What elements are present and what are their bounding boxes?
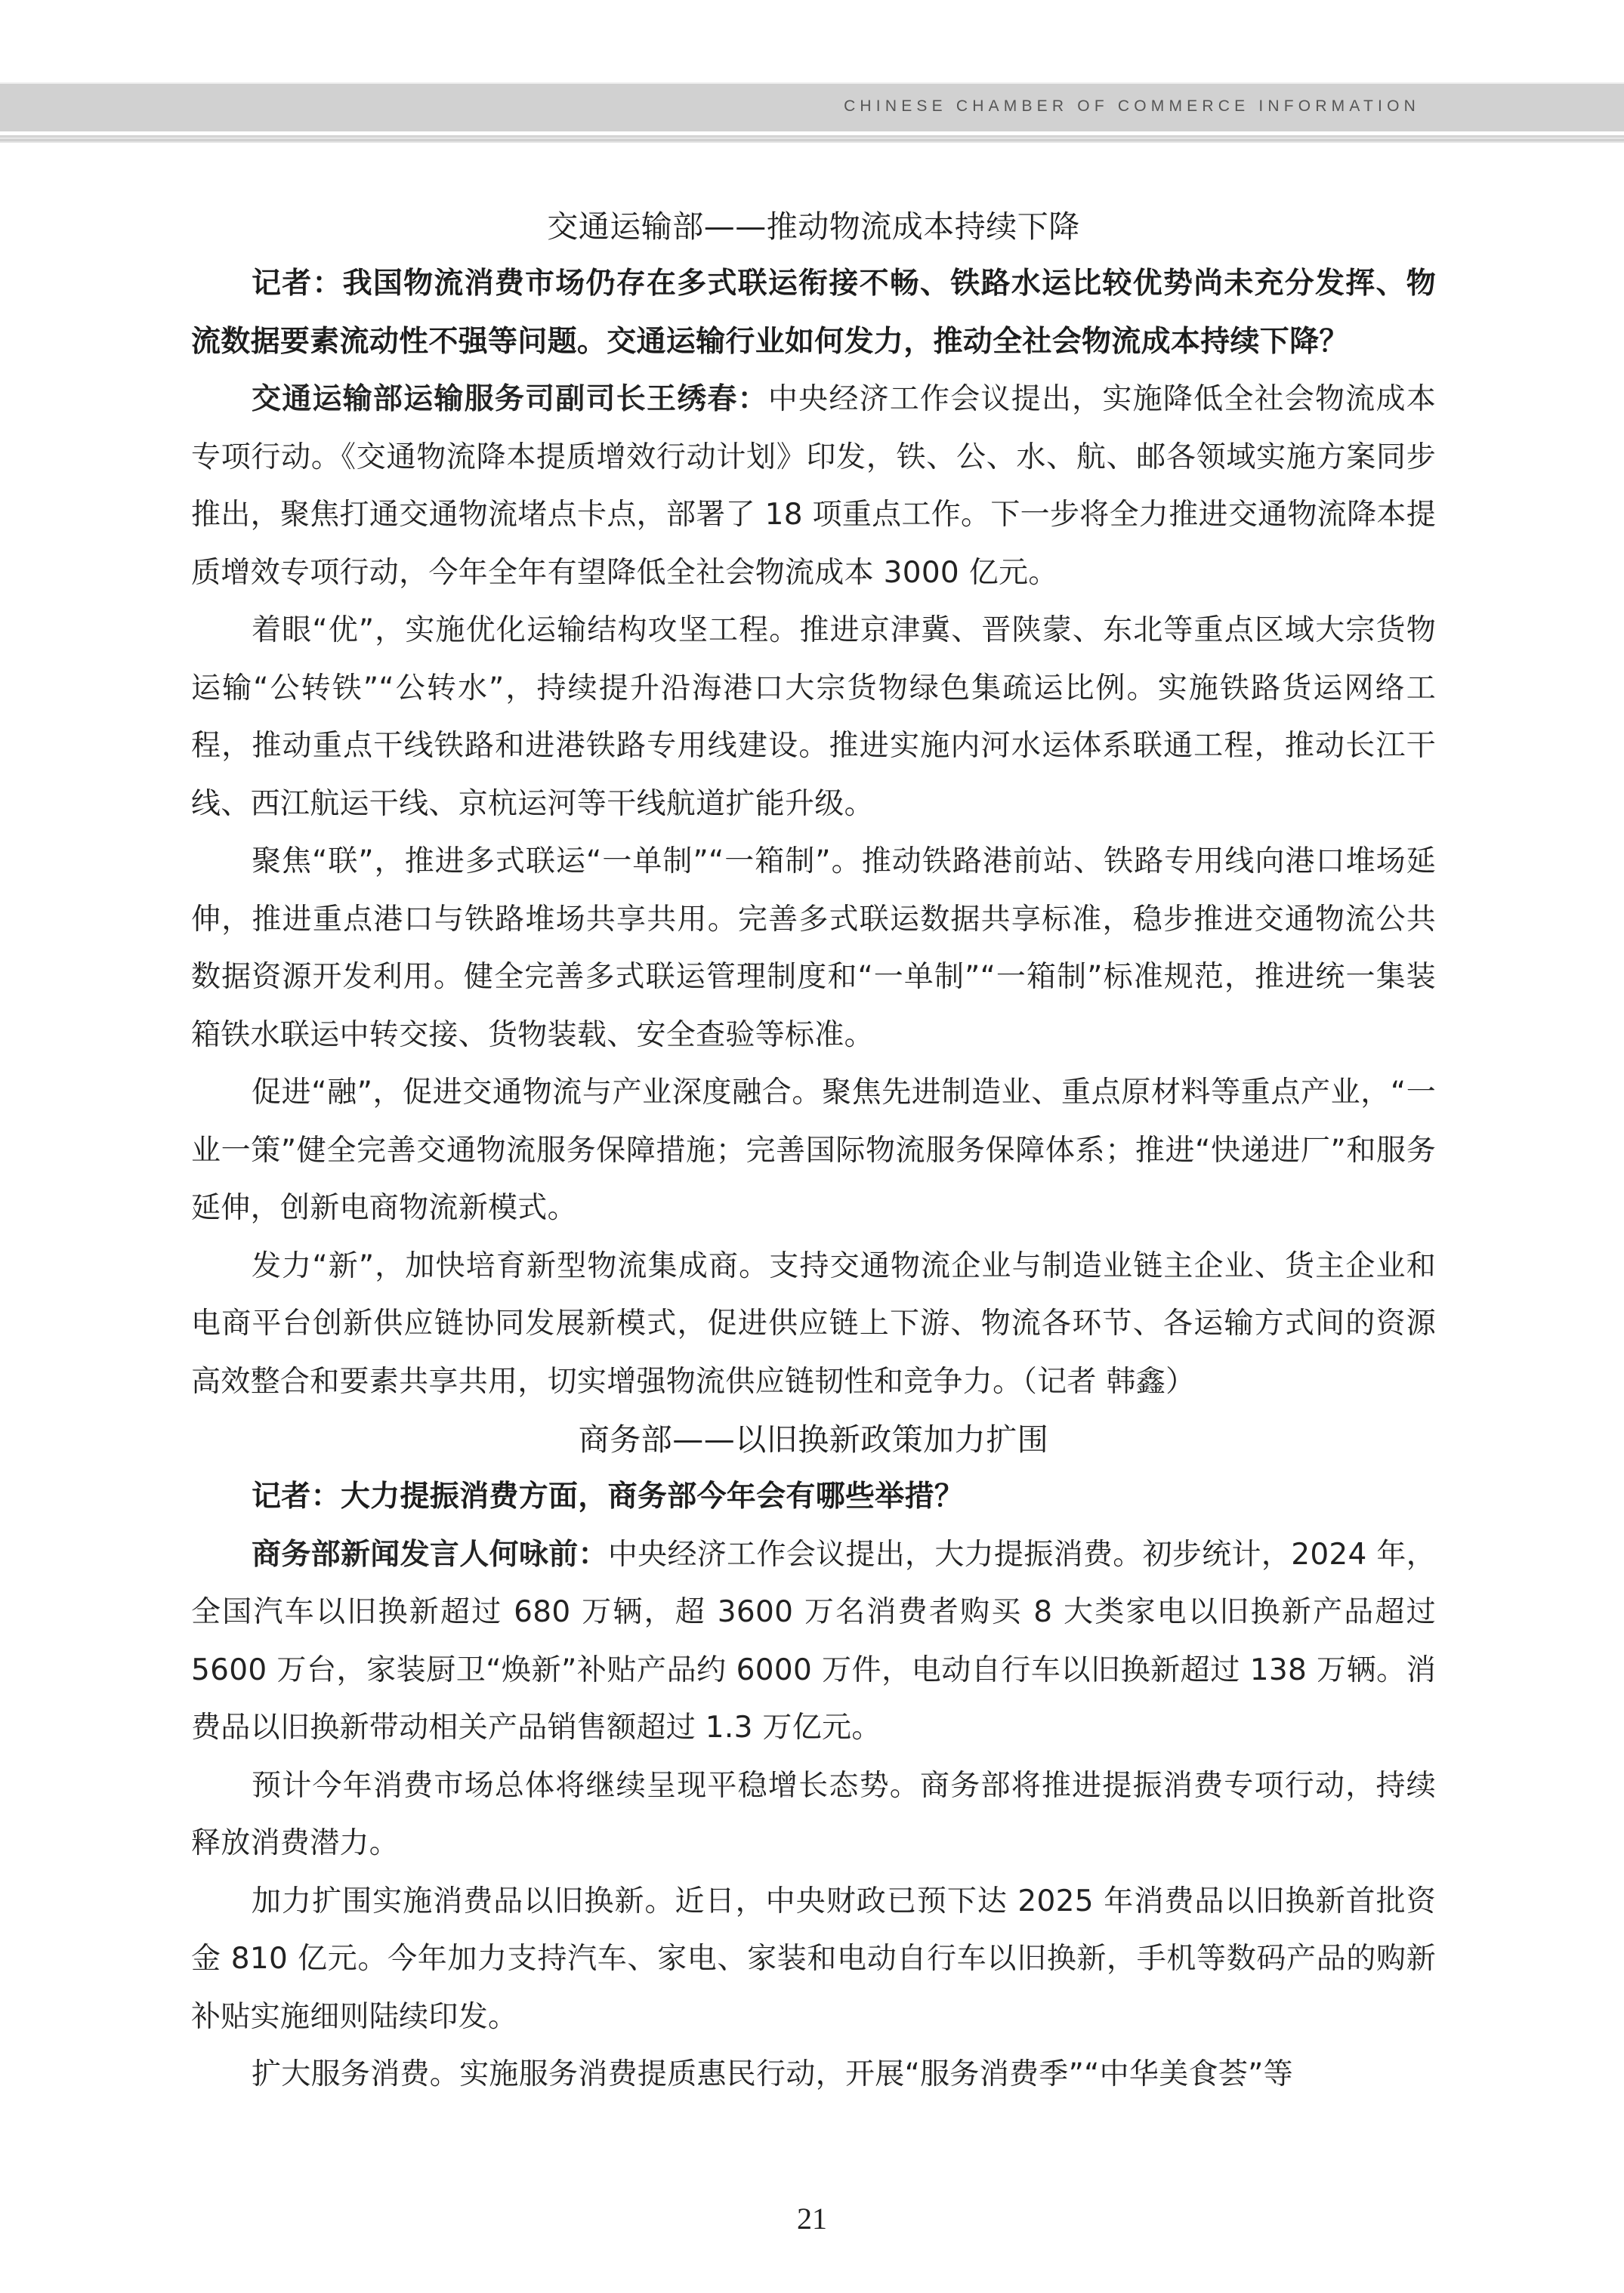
answer-paragraph: 交通运输部运输服务司副司长王绣春：中央经济工作会议提出，实施降低全社会物流成本专… [191, 371, 1436, 602]
body-paragraph: 预计今年消费市场总体将继续呈现平稳增长态势。商务部将推进提振消费专项行动，持续释… [191, 1758, 1436, 1873]
publication-name: CHINESE CHAMBER OF COMMERCE INFORMATION [844, 97, 1420, 116]
body-paragraph: 着眼“优”，实施优化运输结构攻坚工程。推进京津冀、晋陕蒙、东北等重点区域大宗货物… [191, 602, 1436, 833]
body-paragraph: 发力“新”，加快培育新型物流集成商。支持交通物流企业与制造业链主企业、货主企业和… [191, 1238, 1436, 1412]
article-body: 交通运输部——推动物流成本持续下降 记者：我国物流消费市场仍存在多式联运衔接不畅… [191, 198, 1436, 2104]
page-number: 21 [0, 2201, 1624, 2236]
body-paragraph: 扩大服务消费。实施服务消费提质惠民行动，开展“服务消费季”“中华美食荟”等 [191, 2046, 1436, 2104]
section-transport-ministry: 交通运输部——推动物流成本持续下降 记者：我国物流消费市场仍存在多式联运衔接不畅… [191, 198, 1436, 1411]
body-paragraph: 聚焦“联”，推进多式联运“一单制”“一箱制”。推动铁路港前站、铁路专用线向港口堆… [191, 833, 1436, 1064]
body-paragraph: 加力扩围实施消费品以旧换新。近日，中央财政已预下达 2025 年消费品以旧换新首… [191, 1873, 1436, 2047]
section-commerce-ministry: 商务部——以旧换新政策加力扩围 记者：大力提振消费方面，商务部今年会有哪些举措？… [191, 1411, 1436, 2104]
body-paragraph: 促进“融”，促进交通物流与产业深度融合。聚焦先进制造业、重点原材料等重点产业，“… [191, 1064, 1436, 1238]
section-title: 交通运输部——推动物流成本持续下降 [191, 198, 1436, 255]
answer-paragraph: 商务部新闻发言人何咏前：中央经济工作会议提出，大力提振消费。初步统计，2024 … [191, 1526, 1436, 1758]
reporter-question: 记者：我国物流消费市场仍存在多式联运衔接不畅、铁路水运比较优势尚未充分发挥、物流… [191, 255, 1436, 371]
speaker-label: 商务部新闻发言人何咏前： [252, 1538, 608, 1572]
reporter-question: 记者：大力提振消费方面，商务部今年会有哪些举措？ [191, 1468, 1436, 1526]
running-header-band: CHINESE CHAMBER OF COMMERCE INFORMATION [0, 82, 1624, 131]
speaker-label: 交通运输部运输服务司副司长王绣春： [252, 382, 768, 416]
section-title: 商务部——以旧换新政策加力扩围 [191, 1411, 1436, 1468]
header-divider [0, 135, 1624, 143]
